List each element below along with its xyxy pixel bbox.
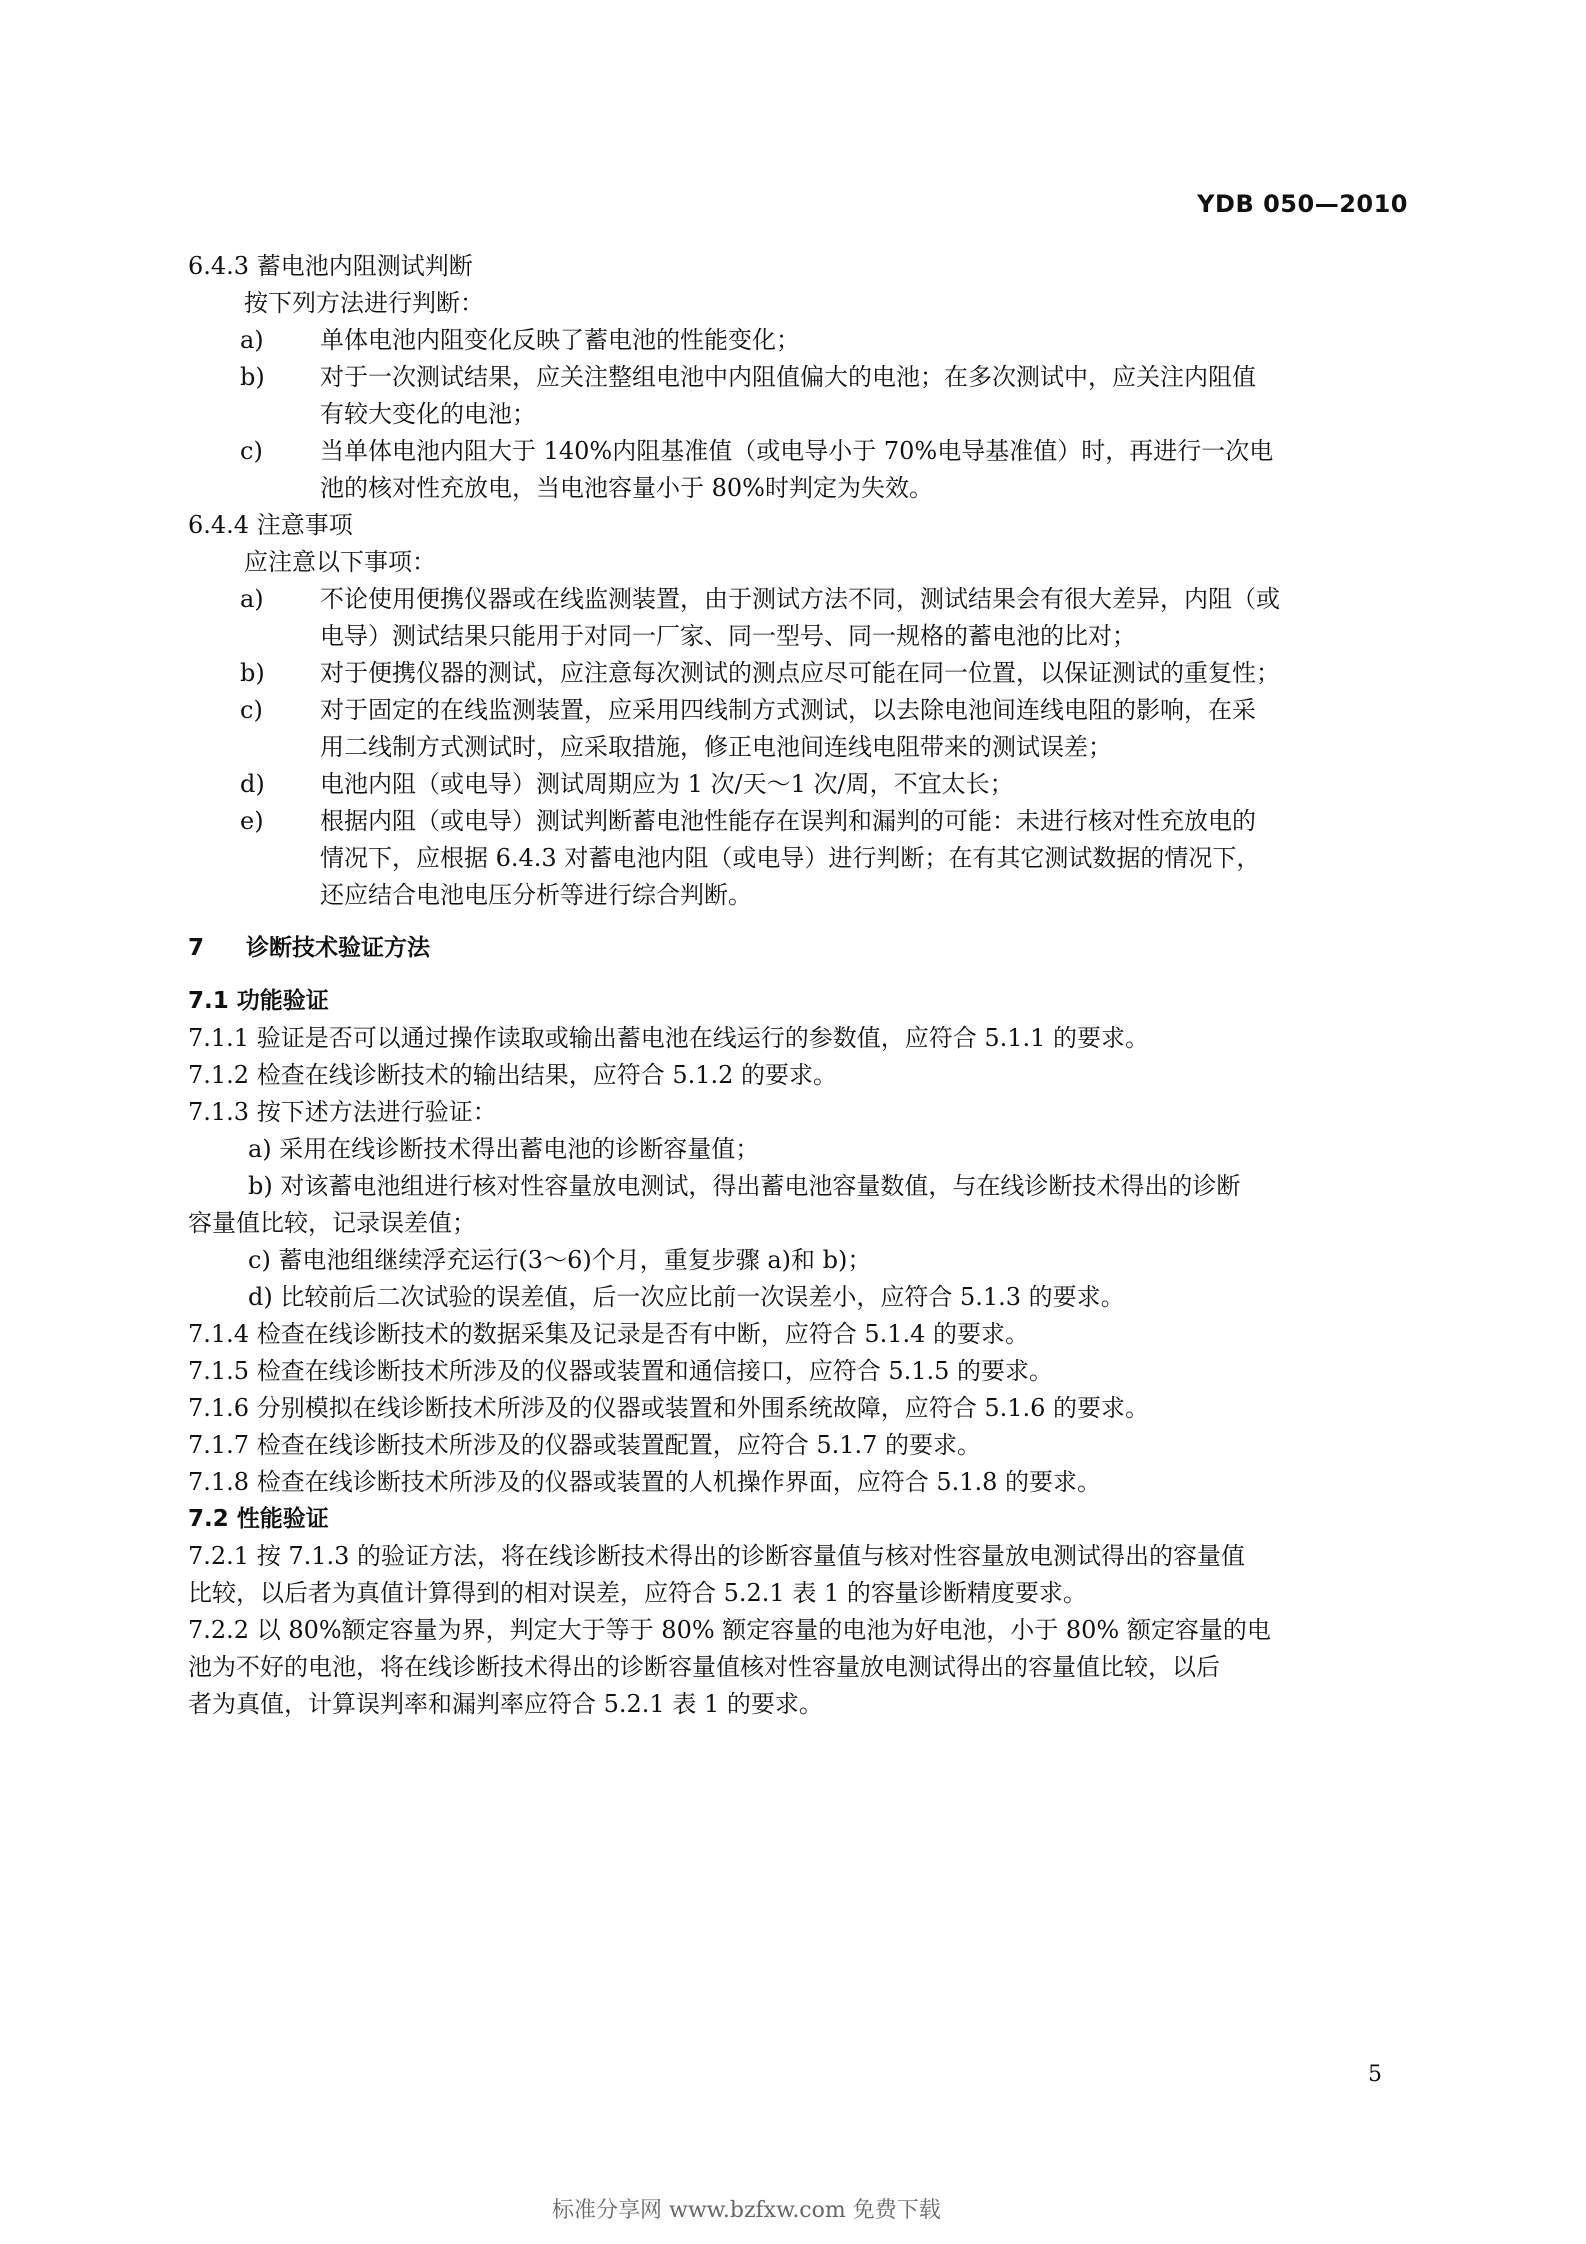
list-item: c) 对于固定的在线监测装置，应采用四线制方式测试，以去除电池间连线电阻的影响，… [188,692,1410,729]
list-item-continuation: 有较大变化的电池； [188,396,1410,433]
clause-7-1-5: 7.1.5 检查在线诊断技术所涉及的仪器或装置和通信接口，应符合 5.1.5 的… [188,1353,1410,1390]
step-d: d) 比较前后二次试验的误差值，后一次应比前一次误差小，应符合 5.1.3 的要… [188,1279,1410,1316]
page-body: 6.4.3 蓄电池内阻测试判断 按下列方法进行判断： a) 单体电池内阻变化反映… [188,248,1410,1723]
clause-7-1-2: 7.1.2 检查在线诊断技术的输出结果，应符合 5.1.2 的要求。 [188,1057,1410,1094]
document-code: YDB 050—2010 [1197,190,1408,218]
clause-intro: 应注意以下事项： [188,544,1410,581]
clause-7-1-6: 7.1.6 分别模拟在线诊断技术所涉及的仪器或装置和外围系统故障，应符合 5.1… [188,1390,1410,1427]
page-number: 5 [1368,2062,1382,2087]
section-heading-7-2: 7.2 性能验证 [188,1501,1410,1538]
list-item-continuation: 池的核对性充放电，当电池容量小于 80%时判定为失效。 [188,470,1410,507]
clause-7-2-2-continuation: 池为不好的电池，将在线诊断技术得出的诊断容量值核对性容量放电测试得出的容量值比较… [188,1649,1410,1686]
list-item: a) 不论使用便携仪器或在线监测装置，由于测试方法不同，测试结果会有很大差异，内… [188,581,1410,618]
list-item-continuation: 还应结合电池电压分析等进行综合判断。 [188,877,1410,914]
list-item: d) 电池内阻（或电导）测试周期应为 1 次/天～1 次/周，不宜太长； [188,766,1410,803]
step-b: b) 对该蓄电池组进行核对性容量放电测试，得出蓄电池容量数值，与在线诊断技术得出… [188,1168,1410,1205]
clause-7-1-8: 7.1.8 检查在线诊断技术所涉及的仪器或装置的人机操作界面，应符合 5.1.8… [188,1464,1410,1501]
clause-7-1-7: 7.1.7 检查在线诊断技术所涉及的仪器或装置配置，应符合 5.1.7 的要求。 [188,1427,1410,1464]
clause-7-1-1: 7.1.1 验证是否可以通过操作读取或输出蓄电池在线运行的参数值，应符合 5.1… [188,1020,1410,1057]
clause-7-1-3: 7.1.3 按下述方法进行验证： [188,1094,1410,1131]
list-item: a) 单体电池内阻变化反映了蓄电池的性能变化； [188,322,1410,359]
list-item-continuation: 电导）测试结果只能用于对同一厂家、同一型号、同一规格的蓄电池的比对； [188,618,1410,655]
clause-7-1-4: 7.1.4 检查在线诊断技术的数据采集及记录是否有中断，应符合 5.1.4 的要… [188,1316,1410,1353]
clause-7-2-1-continuation: 比较，以后者为真值计算得到的相对误差，应符合 5.2.1 表 1 的容量诊断精度… [188,1575,1410,1612]
clause-7-2-1: 7.2.1 按 7.1.3 的验证方法，将在线诊断技术得出的诊断容量值与核对性容… [188,1538,1410,1575]
step-a: a) 采用在线诊断技术得出蓄电池的诊断容量值； [188,1131,1410,1168]
clause-title-6-4-3: 6.4.3 蓄电池内阻测试判断 [188,248,1410,285]
clause-7-2-2: 7.2.2 以 80%额定容量为界，判定大于等于 80% 额定容量的电池为好电池… [188,1612,1410,1649]
clause-7-2-2-continuation: 者为真值，计算误判率和漏判率应符合 5.2.1 表 1 的要求。 [188,1686,1410,1723]
watermark-footer: 标准分享网 www.bzfxw.com 免费下载 [552,2193,941,2224]
chapter-heading-7: 7诊断技术验证方法 [188,930,1410,967]
list-item-continuation: 情况下，应根据 6.4.3 对蓄电池内阻（或电导）进行判断；在有其它测试数据的情… [188,840,1410,877]
step-b-continuation: 容量值比较，记录误差值； [188,1205,1410,1242]
list-item: c) 当单体电池内阻大于 140%内阻基准值（或电导小于 70%电导基准值）时，… [188,433,1410,470]
step-c: c) 蓄电池组继续浮充运行(3～6)个月，重复步骤 a)和 b)； [188,1242,1410,1279]
clause-intro: 按下列方法进行判断： [188,285,1410,322]
list-item: e) 根据内阻（或电导）测试判断蓄电池性能存在误判和漏判的可能：未进行核对性充放… [188,803,1410,840]
list-item: b) 对于一次测试结果，应关注整组电池中内阻值偏大的电池；在多次测试中，应关注内… [188,359,1410,396]
list-item-continuation: 用二线制方式测试时，应采取措施，修正电池间连线电阻带来的测试误差； [188,729,1410,766]
list-item: b) 对于便携仪器的测试，应注意每次测试的测点应尽可能在同一位置，以保证测试的重… [188,655,1410,692]
clause-title-6-4-4: 6.4.4 注意事项 [188,507,1410,544]
section-heading-7-1: 7.1 功能验证 [188,983,1410,1020]
